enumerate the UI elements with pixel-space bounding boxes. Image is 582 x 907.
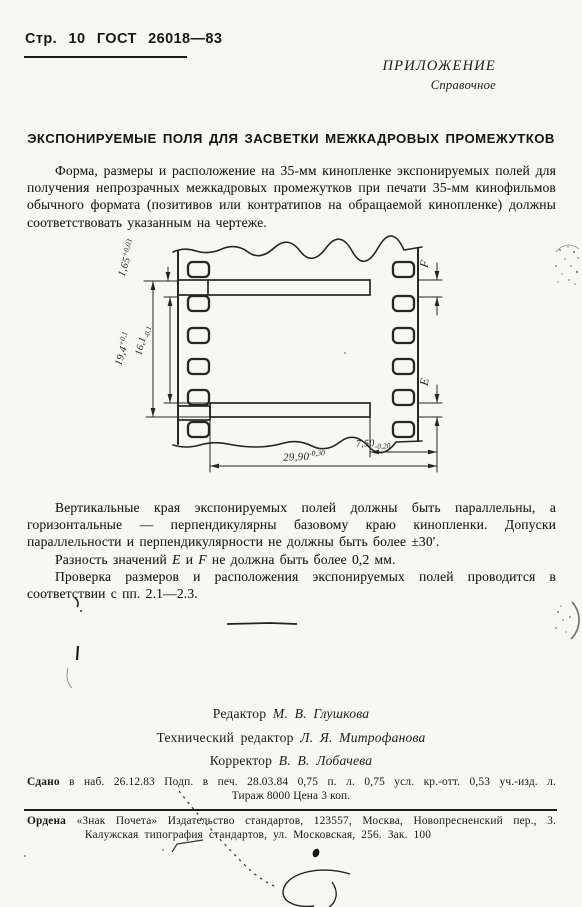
perforation [393,390,414,405]
symbol-e: E [172,552,180,567]
perforation-column-left [188,262,209,437]
perforation [188,422,209,437]
smudge-right-margin [555,602,579,639]
paragraph-3-text: не должна быть более 0,2 мм. [207,552,396,567]
colophon-text: «Знак Почета» Издательство стандартов, 1… [77,815,556,827]
credit-line: Корректор В. В. Лобачева [0,749,582,773]
perforation-column-right [393,262,414,437]
perforation [393,262,414,277]
speckle-smudge-top-right [555,245,579,285]
paragraph-3-text: Разность значений [55,552,172,567]
paragraph-3-text: и [181,552,199,567]
page-header: Стр. 10 ГОСТ 26018—83 [25,31,222,47]
colophon-lead: Ордена [27,815,66,827]
perforation [188,328,209,343]
perforation [393,296,414,311]
page-title: ЭКСПОНИРУЕМЫЕ ПОЛЯ ДЛЯ ЗАСВЕТКИ МЕЖКАДРО… [0,131,582,146]
colophon-text: в наб. 26.12.83 Подп. в печ. 28.03.84 0,… [69,776,556,788]
perforation [188,359,209,374]
colophon-tirazh: Тираж 8000 Цена 3 коп. [0,790,582,802]
perforation [393,328,414,343]
paragraph-4: Проверка размеров и расположения экспони… [27,568,556,602]
header-underline [24,56,187,58]
appendix-title: ПРИЛОЖЕНИЕ [383,58,496,75]
dimension-label-7-50: 7,50-0,20 [356,437,391,452]
colophon-rule [24,809,557,811]
credit-name: Л. Я. Митрофанова [300,730,425,745]
standard-reference: ГОСТ 26018—83 [97,31,222,47]
film-drawing: 1,65+0,03 19,4+0,1 16,1-0,1 F E 29,90-0,… [80,236,470,492]
credits-block: Редактор М. В. Глушкова Технический реда… [0,702,582,773]
credit-line: Редактор М. В. Глушкова [0,702,582,726]
requirements-paragraphs: Вертикальные края экспонируемых полей до… [27,499,556,602]
paragraph-1: Форма, размеры и расположение на 35-мм к… [27,162,556,231]
page-number-label: Стр. 10 [25,31,85,47]
perforation [393,359,414,374]
dim-tolerance: -0,30 [309,448,325,458]
separator-dash [227,623,297,624]
colophon-printing-house: Калужская типография стандартов, ул. Мос… [8,829,508,841]
colophon-lead: Сдано [27,776,60,788]
credit-role: Корректор [210,753,272,768]
dim-value: 7,50 [356,438,375,450]
intro-paragraph: Форма, размеры и расположение на 35-мм к… [27,162,556,231]
credit-name: М. В. Глушкова [273,706,369,721]
perforation [188,296,209,311]
credit-line: Технический редактор Л. Я. Митрофанова [0,726,582,750]
dim-tolerance: -0,20 [375,441,391,451]
ink-blob [311,848,320,859]
colophon-print-data: Сдано в наб. 26.12.83 Подп. в печ. 28.03… [27,776,556,788]
film-top-torn-edge [173,236,422,261]
appendix-block: ПРИЛОЖЕНИЕ Справочное [383,58,496,93]
dim-value: 29,90 [283,451,310,464]
colophon-publisher: Ордена «Знак Почета» Издательство станда… [27,815,556,827]
perforation [393,422,414,437]
credit-role: Редактор [213,706,267,721]
credit-role: Технический редактор [156,730,293,745]
credit-name: В. В. Лобачева [279,753,372,768]
film-drawing-canvas [80,236,470,492]
scanned-gost-page: { "document": { "header": {"page_label":… [0,0,582,907]
perforation [188,262,209,277]
exposed-field-top [178,280,370,295]
dimension-label-29-90: 29,90-0,30 [283,448,325,463]
dimension-arrowheads [151,271,440,468]
symbol-f: F [198,552,206,567]
appendix-subtitle: Справочное [383,78,496,93]
paragraph-3: Разность значений E и F не должна быть б… [27,551,556,568]
paragraph-2: Вертикальные края экспонируемых полей до… [27,499,556,551]
